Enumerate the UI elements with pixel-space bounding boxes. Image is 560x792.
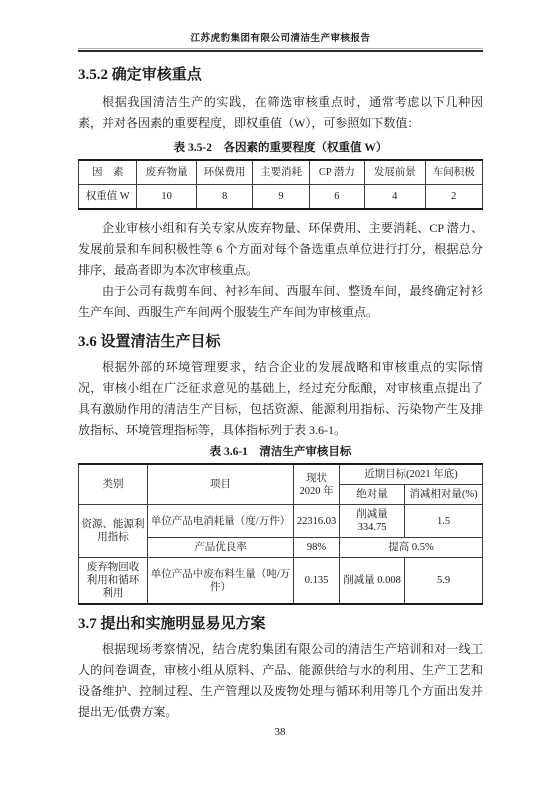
cleaner-production-targets-table: 类别 项目 现状 2020 年 近期目标(2021 年底) 绝对量 消减相对量(… <box>78 463 483 605</box>
table-header-cell: 消减相对量(%) <box>405 485 483 505</box>
table-cell: 单位产品中废布料生量（吨/万 件） <box>148 558 294 605</box>
table-cell: 削减量 334.75 <box>340 505 405 538</box>
table-row: 类别 项目 现状 2020 年 近期目标(2021 年底) <box>79 464 483 485</box>
paragraph: 根据现场考察情况，结合虎豹集团有限公司的清洁生产培训和对一线工人的问卷调查，审核… <box>78 639 483 723</box>
table-cell: 10 <box>137 185 196 210</box>
table-caption-3-5-2: 表 3.5-2 各因素的重要程度（权重值 W） <box>78 141 483 156</box>
table-row: 资源、能源利 用指标 单位产品电消耗量（度/万件） 22316.03 削减量 3… <box>79 505 483 538</box>
table-cell: 2 <box>425 185 482 210</box>
document-page: 江苏虎豹集团有限公司清洁生产审核报告 3.5.2 确定审核重点 根据我国清洁生产… <box>0 0 560 792</box>
table-cell: 1.5 <box>405 505 483 538</box>
table-cell: 权重值 W <box>79 185 137 210</box>
table-cell-category: 资源、能源利 用指标 <box>79 505 148 558</box>
section-heading-3-7: 3.7 提出和实施明显易见方案 <box>78 614 483 634</box>
table-caption-3-6-1: 表 3.6-1 清洁生产审核目标 <box>78 445 483 460</box>
table-header-cell: 绝对量 <box>340 485 405 505</box>
table-header-cell: 环保费用 <box>196 160 252 185</box>
table-cell: 22316.03 <box>294 505 340 538</box>
table-header-cell: 近期目标(2021 年底) <box>340 464 483 485</box>
section-heading-3-6: 3.6 设置清洁生产目标 <box>78 332 483 352</box>
table-cell: 提高 0.5% <box>340 538 483 558</box>
header-rule-divider <box>78 48 483 52</box>
table-row: 因 素 废弃物量 环保费用 主要消耗 CP 潜力 发展前景 车间积极 <box>79 160 483 185</box>
table-cell: 0.135 <box>294 558 340 605</box>
page-content: 江苏虎豹集团有限公司清洁生产审核报告 3.5.2 确定审核重点 根据我国清洁生产… <box>0 0 560 723</box>
page-number: 38 <box>0 726 560 738</box>
table-cell: 削减量 0.008 <box>340 558 405 605</box>
running-header-title: 江苏虎豹集团有限公司清洁生产审核报告 <box>78 33 483 45</box>
table-header-cell: 车间积极 <box>425 160 482 185</box>
paragraph: 根据我国清洁生产的实践，在筛选审核重点时，通常考虑以下几种因素，并对各因素的重要… <box>78 92 483 134</box>
table-cell: 6 <box>309 185 364 210</box>
table-cell-category: 废弃物回收 利用和循环 利用 <box>79 558 148 605</box>
table-header-cell: 因 素 <box>79 160 137 185</box>
table-cell: 8 <box>196 185 252 210</box>
table-header-cell: 废弃物量 <box>137 160 196 185</box>
table-cell: 4 <box>365 185 425 210</box>
table-header-cell: 发展前景 <box>365 160 425 185</box>
factor-weight-table: 因 素 废弃物量 环保费用 主要消耗 CP 潜力 发展前景 车间积极 权重值 W… <box>78 159 483 210</box>
table-cell: 产品优良率 <box>148 538 294 558</box>
paragraph: 企业审核小组和有关专家从废弃物量、环保费用、主要消耗、CP 潜力、发展前景和车间… <box>78 218 483 281</box>
table-header-cell: CP 潜力 <box>309 160 364 185</box>
table-header-cell: 主要消耗 <box>253 160 309 185</box>
table-cell: 单位产品电消耗量（度/万件） <box>148 505 294 538</box>
paragraph: 由于公司有裁剪车间、衬衫车间、西服车间、整烫车间，最终确定衬衫生产车间、西服生产… <box>78 281 483 323</box>
table-header-cell: 现状 2020 年 <box>294 464 340 505</box>
section-heading-3-5-2: 3.5.2 确定审核重点 <box>78 65 483 85</box>
table-row: 权重值 W 10 8 9 6 4 2 <box>79 185 483 210</box>
table-cell: 5.9 <box>405 558 483 605</box>
table-cell: 9 <box>253 185 309 210</box>
paragraph: 根据外部的环境管理要求，结合企业的发展战略和审核重点的实际情况，审核小组在广泛征… <box>78 357 483 441</box>
table-header-cell: 类别 <box>79 464 148 505</box>
table-header-cell: 项目 <box>148 464 294 505</box>
table-cell: 98% <box>294 538 340 558</box>
table-row: 废弃物回收 利用和循环 利用 单位产品中废布料生量（吨/万 件） 0.135 削… <box>79 558 483 605</box>
